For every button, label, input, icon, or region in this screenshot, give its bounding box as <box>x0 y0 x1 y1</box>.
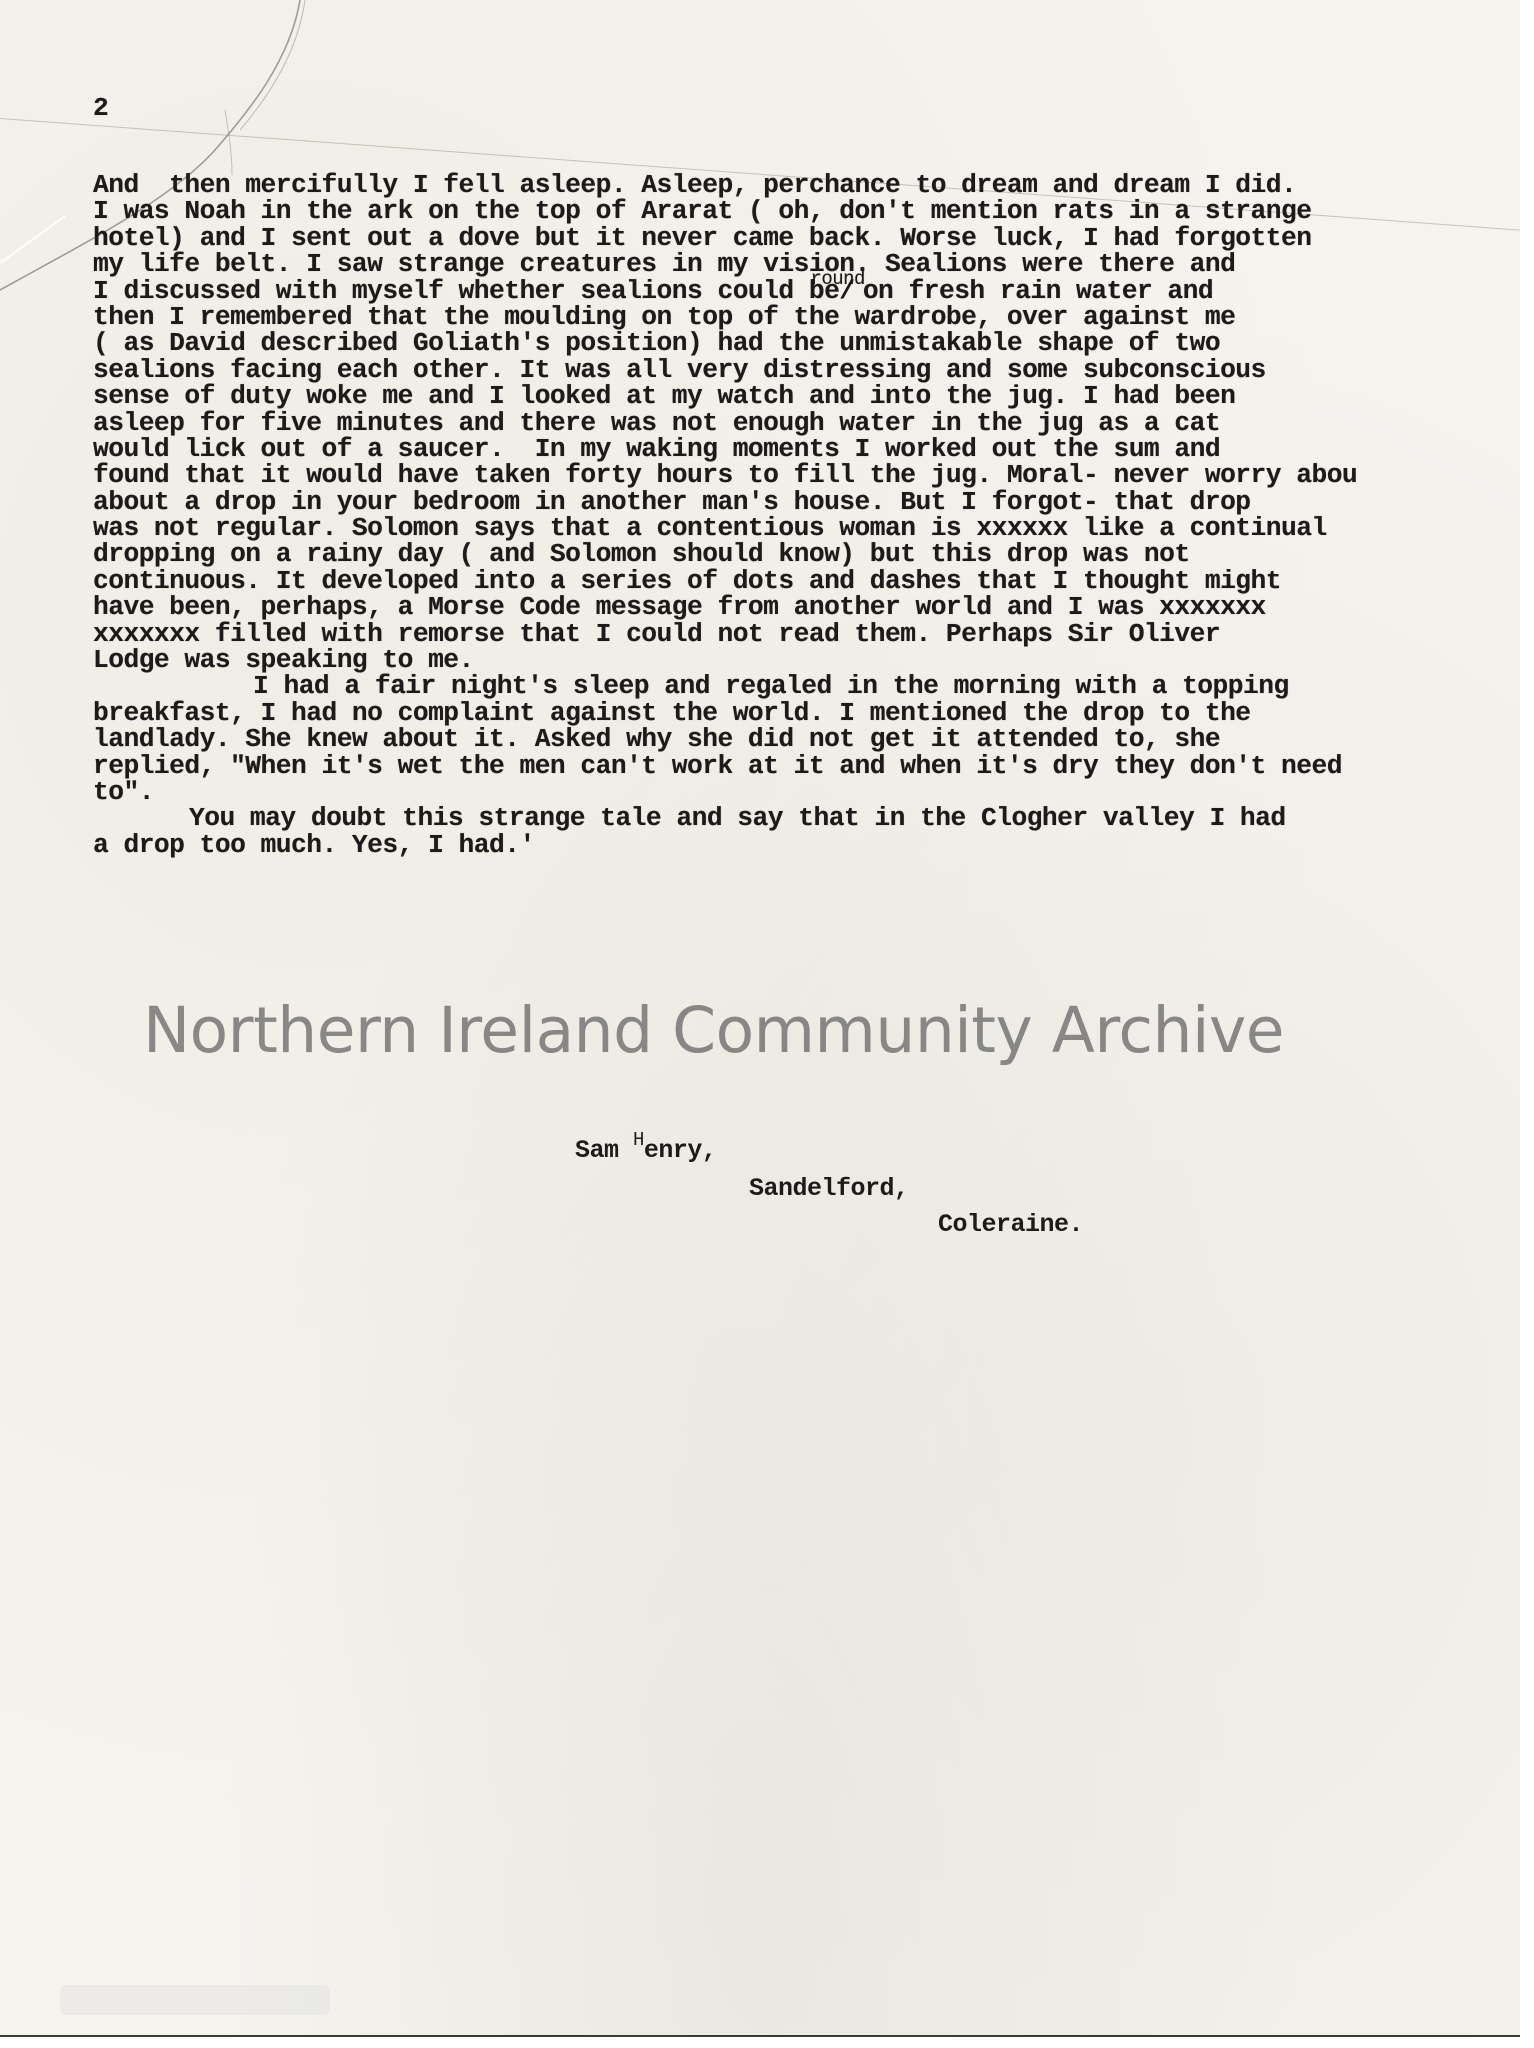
letter-line: sealions facing each other. It was all v… <box>93 357 1357 383</box>
letter-line: xxxxxxx filled with remorse that I could… <box>93 621 1357 647</box>
signature-surname: enry, <box>644 1136 717 1165</box>
letter-line: my life belt. I saw strange creatures in… <box>93 251 1357 277</box>
signature-address-line1: Sandelford, <box>749 1174 909 1203</box>
letter-line: to". <box>93 779 1357 805</box>
letter-line: I discussed with myself whether sealions… <box>93 278 1357 304</box>
handwritten-insertion: round <box>811 268 865 290</box>
letter-body: And then mercifully I fell asleep. Aslee… <box>93 172 1357 858</box>
letter-line: have been, perhaps, a Morse Code message… <box>93 594 1357 620</box>
letter-line: breakfast, I had no complaint against th… <box>93 700 1357 726</box>
letter-line: asleep for five minutes and there was no… <box>93 410 1357 436</box>
letter-line: dropping on a rainy day ( and Solomon sh… <box>93 541 1357 567</box>
letter-line: sense of duty woke me and I looked at my… <box>93 383 1357 409</box>
letter-line: And then mercifully I fell asleep. Aslee… <box>93 172 1357 198</box>
letter-line: I had a fair night's sleep and regaled i… <box>93 673 1357 699</box>
scan-edge <box>1520 0 1534 2048</box>
letter-line: found that it would have taken forty hou… <box>93 462 1357 488</box>
letter-line: a drop too much. Yes, I had.' <box>93 832 1357 858</box>
signature-first-name: Sam <box>575 1136 633 1165</box>
letter-line: continuous. It developed into a series o… <box>93 568 1357 594</box>
letter-line: hotel) and I sent out a dove but it neve… <box>93 225 1357 251</box>
signature-address-line2: Coleraine. <box>938 1210 1083 1239</box>
signature-initial-correction: H <box>633 1129 644 1151</box>
letter-line: landlady. She knew about it. Asked why s… <box>93 726 1357 752</box>
page-number: 2 <box>93 93 108 123</box>
faded-pencil-mark <box>60 1985 330 2015</box>
letter-line: Lodge was speaking to me. <box>93 647 1357 673</box>
letter-line: then I remembered that the moulding on t… <box>93 304 1357 330</box>
letter-line: replied, "When it's wet the men can't wo… <box>93 753 1357 779</box>
letter-line: would lick out of a saucer. In my waking… <box>93 436 1357 462</box>
letter-line: about a drop in your bedroom in another … <box>93 489 1357 515</box>
signature-name: Sam Henry, <box>575 1136 716 1165</box>
letter-line: was not regular. Solomon says that a con… <box>93 515 1357 541</box>
letter-line: I was Noah in the ark on the top of Arar… <box>93 198 1357 224</box>
letter-line: ( as David described Goliath's position)… <box>93 330 1357 356</box>
letter-line: You may doubt this strange tale and say … <box>93 805 1357 831</box>
paper-tear-line <box>0 215 66 264</box>
archive-watermark: Northern Ireland Community Archive <box>143 994 1284 1067</box>
